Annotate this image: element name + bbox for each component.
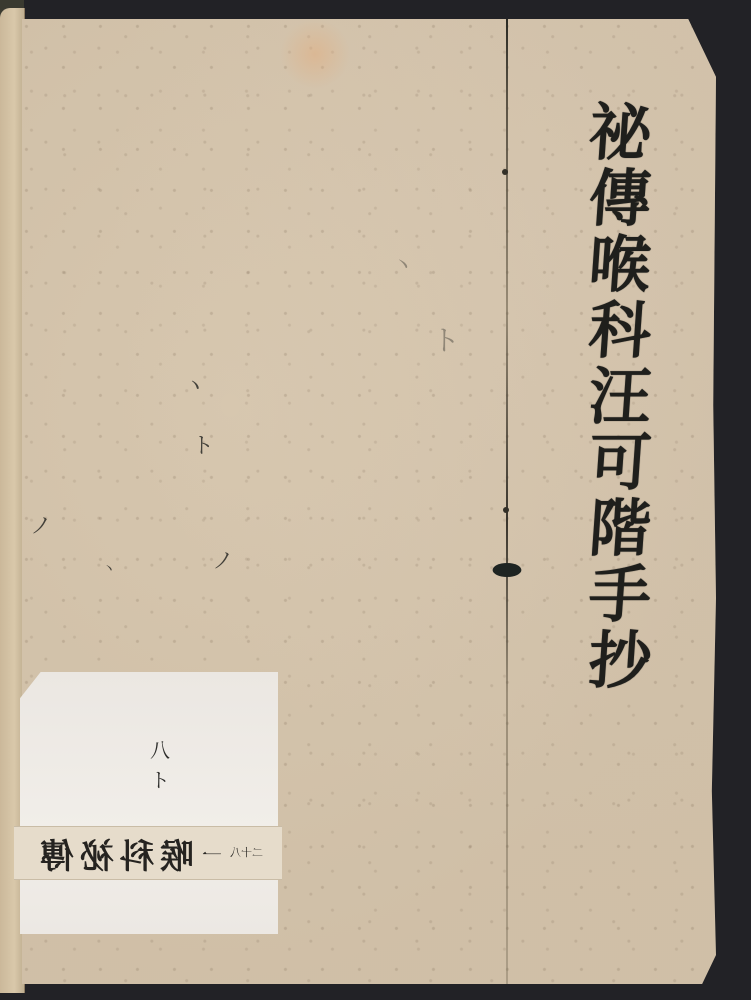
- catalog-label-strip: 喉科祕傳 一 二十八: [14, 826, 282, 880]
- fold-ink-dot: [502, 169, 508, 175]
- title-char: 抄: [587, 628, 654, 694]
- stray-ink-mark: ノ: [212, 544, 234, 575]
- tissue-mark: 八: [150, 735, 170, 765]
- center-fold-line: [506, 19, 508, 984]
- manuscript-title: 祕 傳 喉 科 汪 可 階 手 抄: [575, 100, 665, 694]
- stray-ink-mark: ノ: [30, 509, 52, 540]
- stray-ink-mark: ヽ: [184, 369, 206, 400]
- tissue-paper-label: [20, 672, 278, 934]
- manuscript-scan: 丶 ト ヽ ト ノ ノ 丶 祕 傳 喉 科 汪 可 階 手 抄 八 ト 喉科祕傳…: [0, 0, 751, 1000]
- label-catalog-number: 二十八: [230, 847, 263, 859]
- title-char: 可: [587, 430, 654, 496]
- bleed-through-mark: ト: [432, 319, 460, 359]
- title-char: 手: [587, 562, 654, 628]
- stray-ink-mark: ト: [192, 429, 214, 460]
- fold-ink-dot: [503, 507, 509, 513]
- title-char: 傳: [587, 166, 654, 232]
- title-char: 階: [587, 496, 654, 562]
- tissue-bleed-marks: 八 ト: [150, 735, 170, 795]
- label-title: 喉科祕傳: [34, 829, 194, 878]
- title-char: 科: [587, 298, 654, 364]
- bleed-through-mark: 丶: [392, 249, 414, 280]
- stray-ink-mark: 丶: [102, 559, 116, 579]
- stain-mark: [280, 19, 350, 89]
- title-char: 喉: [587, 232, 654, 298]
- tissue-mark: ト: [150, 765, 170, 795]
- title-char: 祕: [587, 100, 654, 166]
- title-char: 汪: [587, 364, 654, 430]
- label-volume-number: 一: [202, 839, 222, 868]
- fold-ink-blot: [493, 563, 522, 577]
